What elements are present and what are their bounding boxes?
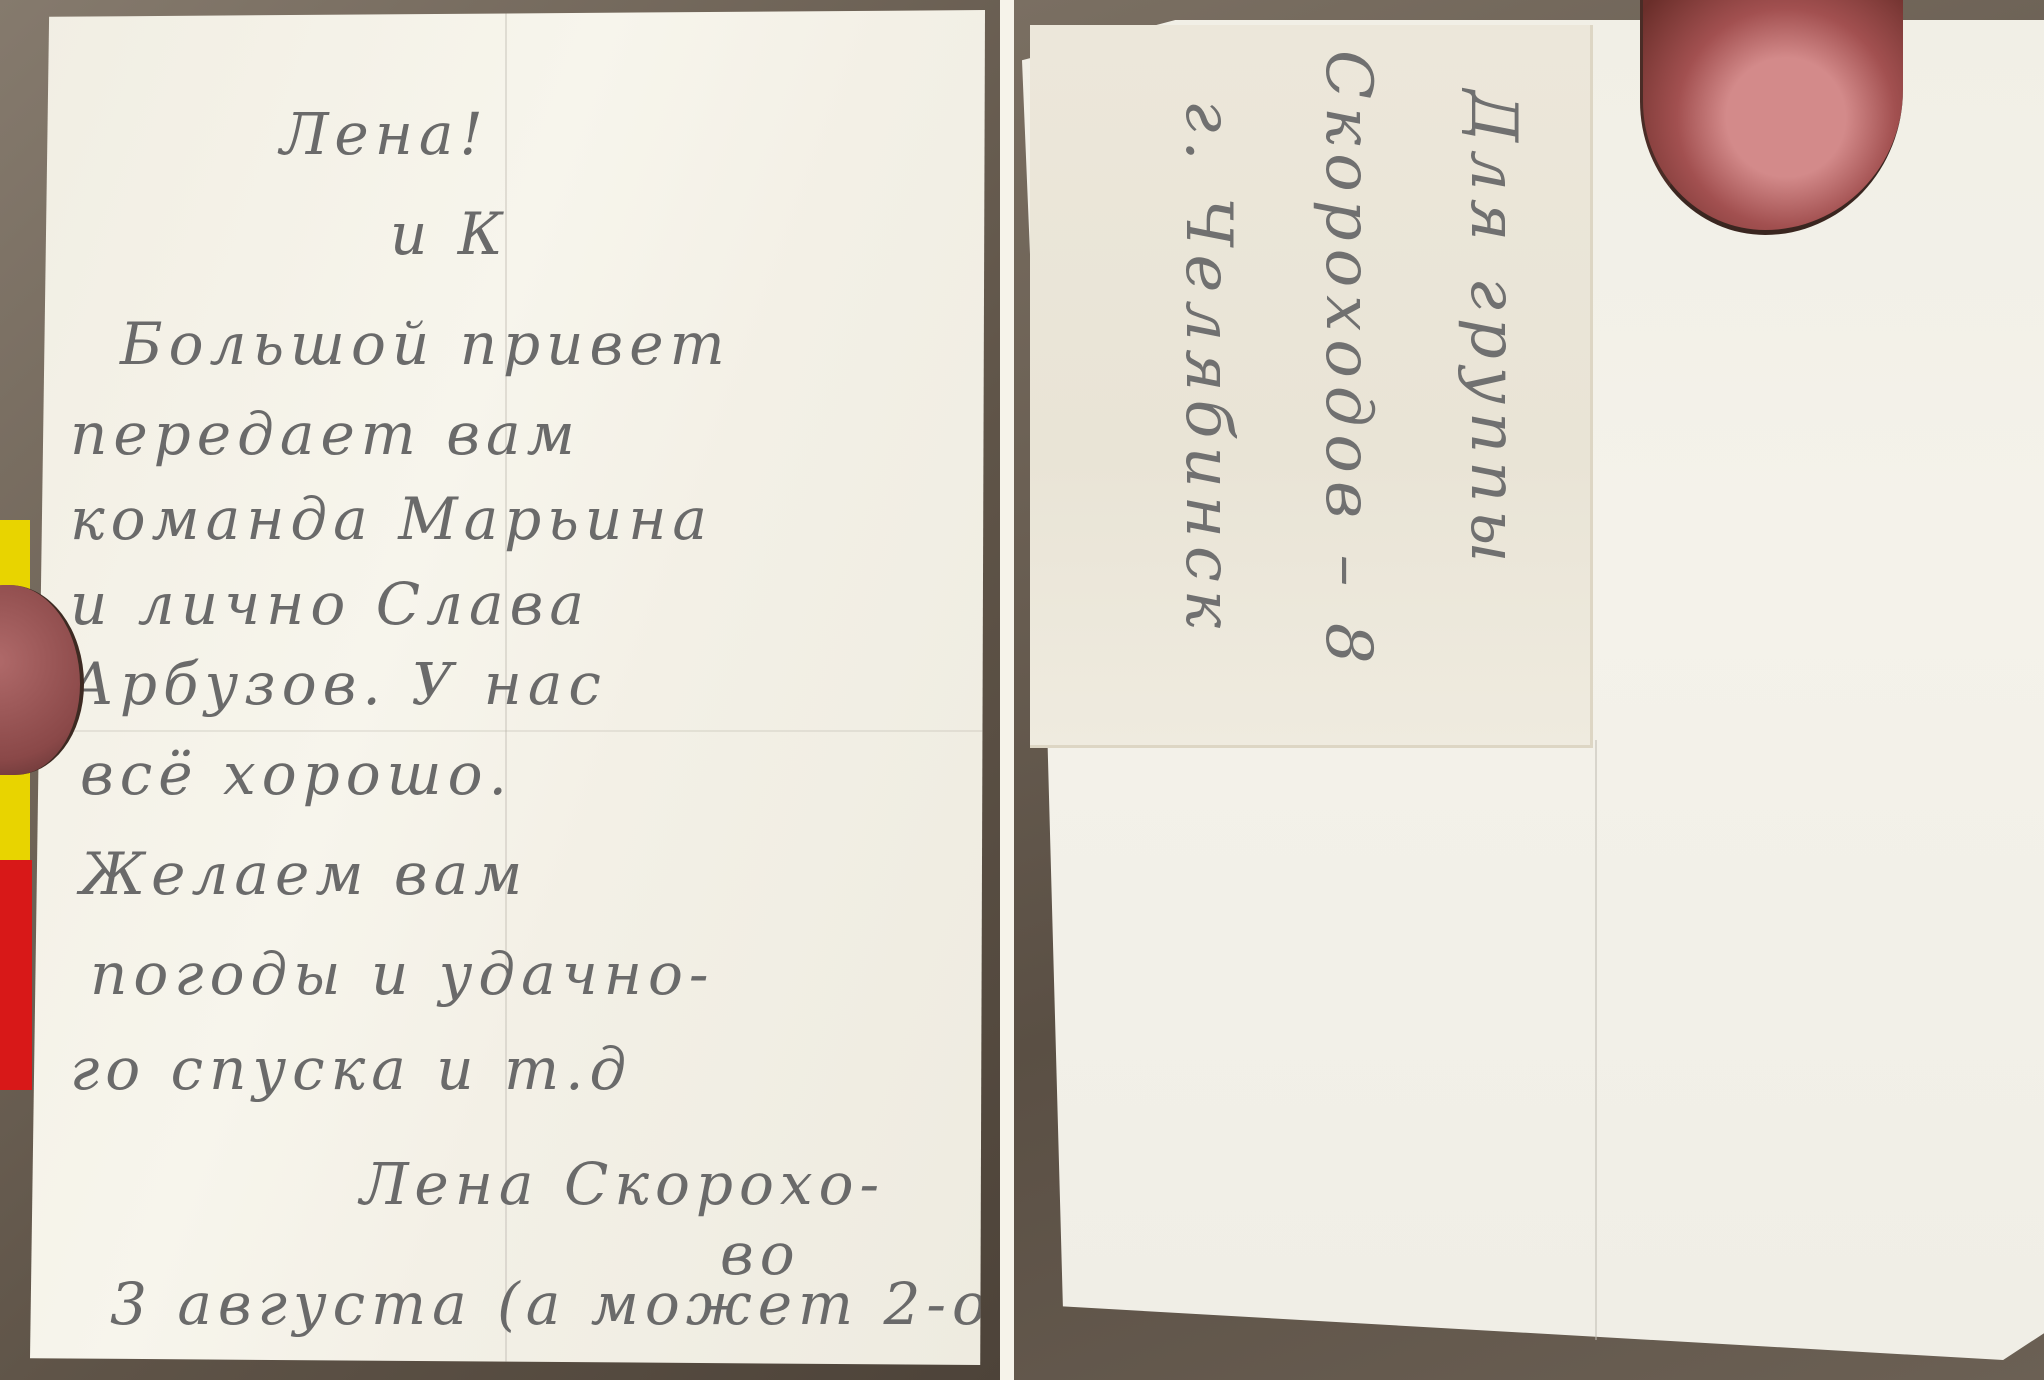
note-line: Желаем вам (80, 840, 528, 908)
greeting-line2: и К (390, 200, 509, 268)
note-line: Большой привет (120, 310, 731, 378)
panel-divider (1000, 0, 1014, 1380)
fold-line-vertical (1595, 740, 1597, 1340)
note-line: всё хорошо. (80, 740, 513, 808)
signature: Лена Скорохо- (360, 1150, 885, 1218)
note-line: Арбузов. У нас (70, 650, 607, 718)
note-line: команда Марьина (70, 485, 713, 553)
back-line: Скороходов – 8 (1311, 50, 1385, 672)
date: 3 августа (а может 2-ое (110, 1270, 1033, 1338)
red-sticker (0, 860, 32, 1090)
note-line: и лично Слава (70, 570, 590, 638)
greeting: Лена! (280, 100, 489, 168)
fold-line-horizontal (30, 730, 985, 732)
note-line: го спуска и т.д (70, 1035, 632, 1103)
back-line: Для группы (1456, 90, 1530, 571)
note-line: погоды и удачно- (90, 940, 715, 1008)
note-line: передает вам (70, 400, 581, 468)
note-front: Лена! и К Большой привет передает вам ко… (30, 10, 985, 1365)
back-line: г. Челябинск (1171, 100, 1245, 636)
